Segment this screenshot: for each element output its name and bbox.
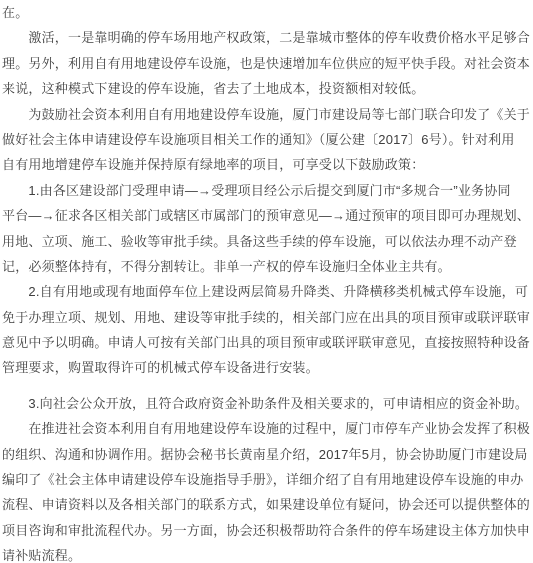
text-line: 3.向社会公众开放，且符合政府资金补助条件及相关要求的，可申请相应的资金补助。 bbox=[2, 391, 533, 416]
text-line: 理。另外，利用自有用地建设停车设施，也是快速增加车位供应的短平快手段。对社会资本 bbox=[2, 51, 533, 76]
para-association: 在推进社会资本利用自有用地建设停车设施的过程中，厦门市停车产业协会发挥了积极的组… bbox=[2, 416, 533, 563]
text-line: 记，必须整体持有，不得分割转让。非单一产权的停车设施归全体业主共有。 bbox=[2, 254, 533, 279]
text-line: 在。 bbox=[2, 0, 533, 25]
text-line: 激活，一是靠明确的停车场用地产权政策，二是靠城市整体的停车收费价格水平足够合 bbox=[2, 25, 533, 50]
text-line: 自有用地增建停车设施并保持原有绿地率的项目，可享受以下鼓励政策： bbox=[2, 152, 533, 177]
para-policy-item-3: 3.向社会公众开放，且符合政府资金补助条件及相关要求的，可申请相应的资金补助。 bbox=[2, 391, 533, 416]
text-line: 请补贴流程。 bbox=[2, 543, 533, 563]
text-line: 意见中予以明确。申请人可按有关部门出具的项目预审或联评联审意见，直接按照特种设备 bbox=[2, 330, 533, 355]
text-line: 为鼓励社会资本利用自有用地建设停车设施，厦门市建设局等七部门联合印发了《关于 bbox=[2, 102, 533, 127]
text-line: 用地、立项、施工、验收等审批手续。具备这些手续的停车设施，可以依法办理不动产登 bbox=[2, 229, 533, 254]
text-line: 来说，这种模式下建设的停车设施，省去了土地成本，投资额相对较低。 bbox=[2, 76, 533, 101]
para-policy-item-2: 2.自有用地或现有地面停车位上建设两层简易升降类、升降横移类机械式停车设施，可免… bbox=[2, 279, 533, 381]
text-line: 平台—→征求各区相关部门或辖区市属部门的预审意见—→通过预审的项目即可办理规划、 bbox=[2, 203, 533, 228]
text-line: 编印了《社会主体申请建设停车设施指导手册》，详细介绍了自有用地建设停车设施的申办 bbox=[2, 467, 533, 492]
text-line: 2.自有用地或现有地面停车位上建设两层简易升降类、升降横移类机械式停车设施，可 bbox=[2, 279, 533, 304]
para-continuation-tail: 在。 bbox=[2, 0, 533, 25]
text-line: 管理要求，购置取得许可的机械式停车设备进行安装。 bbox=[2, 355, 533, 380]
text-line: 在推进社会资本利用自有用地建设停车设施的过程中，厦门市停车产业协会发挥了积极 bbox=[2, 416, 533, 441]
article-body: 在。 激活，一是靠明确的停车场用地产权政策，二是靠城市整体的停车收费价格水平足够… bbox=[0, 0, 533, 563]
text-line: 1.由各区建设部门受理申请—→受理项目经公示后提交到厦门市“多规合一”业务协同 bbox=[2, 178, 533, 203]
text-line: 的组织、沟通和协调作用。据协会秘书长黄南星介绍，2017年5月，协会协助厦门市建… bbox=[2, 442, 533, 467]
text-line: 流程、申请资料以及各相关部门的联系方式，如果建设单位有疑问，协会还可以提供整体的 bbox=[2, 492, 533, 517]
text-line: 做好社会主体申请建设停车设施项目相关工作的通知》（厦公建〔2017〕6号）。针对… bbox=[2, 127, 533, 152]
text-line: 项目咨询和审批流程代办。另一方面，协会还积极帮助符合条件的停车场建设主体方加快申 bbox=[2, 518, 533, 543]
para-policy-item-1: 1.由各区建设部门受理申请—→受理项目经公示后提交到厦门市“多规合一”业务协同平… bbox=[2, 178, 533, 280]
para-policy-intro: 为鼓励社会资本利用自有用地建设停车设施，厦门市建设局等七部门联合印发了《关于做好… bbox=[2, 102, 533, 178]
para-activation: 激活，一是靠明确的停车场用地产权政策，二是靠城市整体的停车收费价格水平足够合理。… bbox=[2, 25, 533, 101]
text-line: 免于办理立项、规划、用地、建设等审批手续的，相关部门应在出具的项目预审或联评联审 bbox=[2, 305, 533, 330]
